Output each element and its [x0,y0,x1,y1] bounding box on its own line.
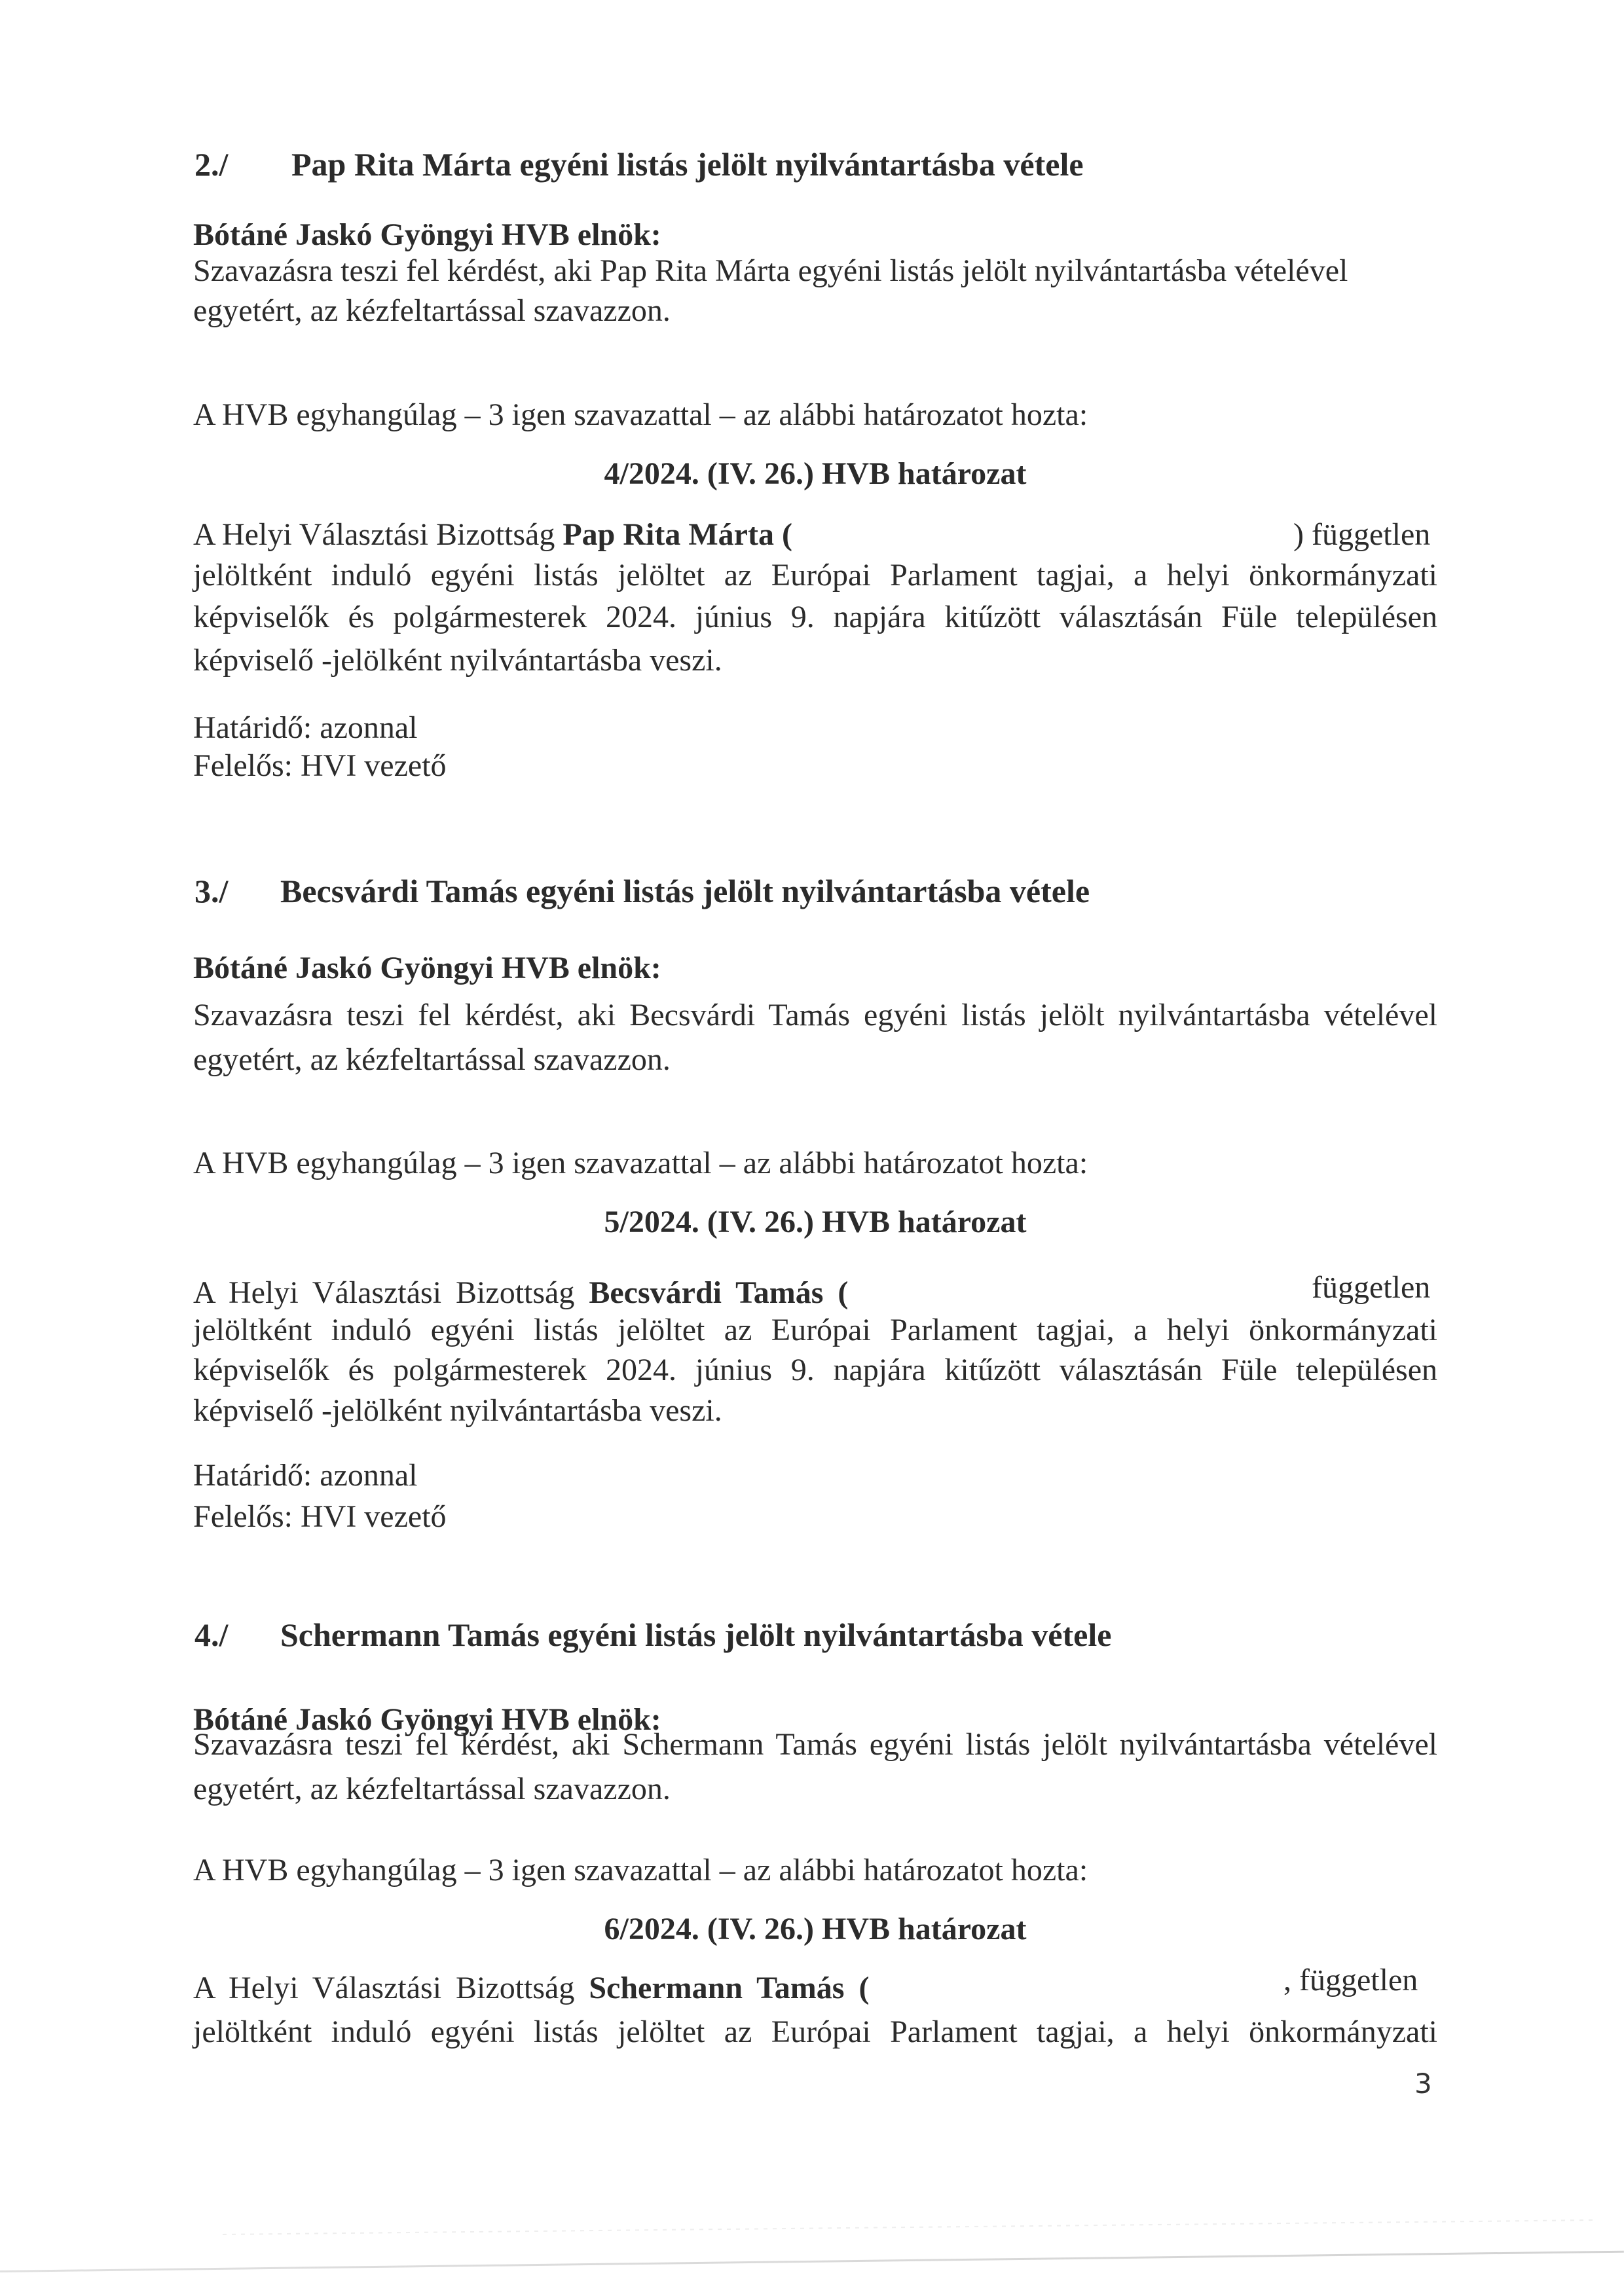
section-title: Becsvárdi Tamás egyéni listás jelölt nyi… [280,872,1090,910]
scan-artifact [223,2219,1598,2235]
deadline: Határidő: azonnal [193,1457,418,1495]
motion-text-line: egyetért, az kézfeltartással szavazzon. [193,1041,671,1079]
section-number: 4./ [194,1616,228,1654]
resolution-title: 4/2024. (IV. 26.) HVB határozat [193,455,1437,493]
document-page: 2./ Pap Rita Márta egyéni listás jelölt … [0,0,1624,2296]
motion-text-line: egyetért, az kézfeltartással szavazzon. [193,292,671,330]
resolution-body-line: képviselő -jelölként nyilvántartásba ves… [193,1392,722,1430]
scan-edge-line [0,2251,1624,2272]
responsible: Felelős: HVI vezető [193,747,447,785]
section-title: Pap Rita Márta egyéni listás jelölt nyil… [291,145,1084,183]
resolution-body-line: jelöltként induló egyéni listás jelöltet… [193,2013,1437,2051]
resolution-body-line: A Helyi Választási Bizottság Schermann T… [193,1969,883,2007]
resolution-body-line: jelöltként induló egyéni listás jelöltet… [193,1311,1437,1349]
resolution-body-line: képviselők és polgármesterek 2024. júniu… [193,598,1437,636]
responsible: Felelős: HVI vezető [193,1498,447,1536]
body-prefix: A Helyi Választási Bizottság [193,517,555,552]
body-prefix: A Helyi Választási Bizottság [193,1275,574,1310]
body-after-redaction: , független [1283,1961,1418,1999]
motion-text-line: Szavazásra teszi fel kérdést, aki Scherm… [193,1726,1437,1764]
speaker-label: Bótáné Jaskó Gyöngyi HVB elnök: [193,216,661,254]
speaker-label: Bótáné Jaskó Gyöngyi HVB elnök: [193,949,661,987]
deadline: Határidő: azonnal [193,709,418,747]
section-number: 3./ [194,872,228,910]
section-title: Schermann Tamás egyéni listás jelölt nyi… [280,1616,1111,1654]
candidate-name: Schermann Tamás ( [589,1971,869,2005]
resolution-body-line: képviselő -jelölként nyilvántartásba ves… [193,642,722,680]
resolution-body-line: A Helyi Választási Bizottság Pap Rita Má… [193,516,800,554]
vote-result: A HVB egyhangúlag – 3 igen szavazattal –… [193,396,1088,434]
vote-result: A HVB egyhangúlag – 3 igen szavazattal –… [193,1144,1088,1182]
candidate-name: Pap Rita Márta ( [563,517,792,552]
body-after-redaction: független [1312,1269,1430,1307]
resolution-body-line: képviselők és polgármesterek 2024. júniu… [193,1351,1437,1389]
resolution-title: 5/2024. (IV. 26.) HVB határozat [193,1203,1437,1241]
body-after-redaction: ) független [1293,516,1430,554]
candidate-name: Becsvárdi Tamás ( [589,1275,848,1310]
motion-text-line: Szavazásra teszi fel kérdést, aki Pap Ri… [193,252,1348,290]
resolution-title: 6/2024. (IV. 26.) HVB határozat [193,1910,1437,1948]
motion-text-line: Szavazásra teszi fel kérdést, aki Becsvá… [193,996,1437,1034]
resolution-body-line: jelöltként induló egyéni listás jelöltet… [193,556,1437,594]
body-prefix: A Helyi Választási Bizottság [193,1971,574,2005]
vote-result: A HVB egyhangúlag – 3 igen szavazattal –… [193,1851,1088,1889]
resolution-body-line: A Helyi Választási Bizottság Becsvárdi T… [193,1274,862,1312]
motion-text-line: egyetért, az kézfeltartással szavazzon. [193,1770,671,1808]
section-number: 2./ [194,145,228,183]
page-number: 3 [1414,2068,1432,2100]
